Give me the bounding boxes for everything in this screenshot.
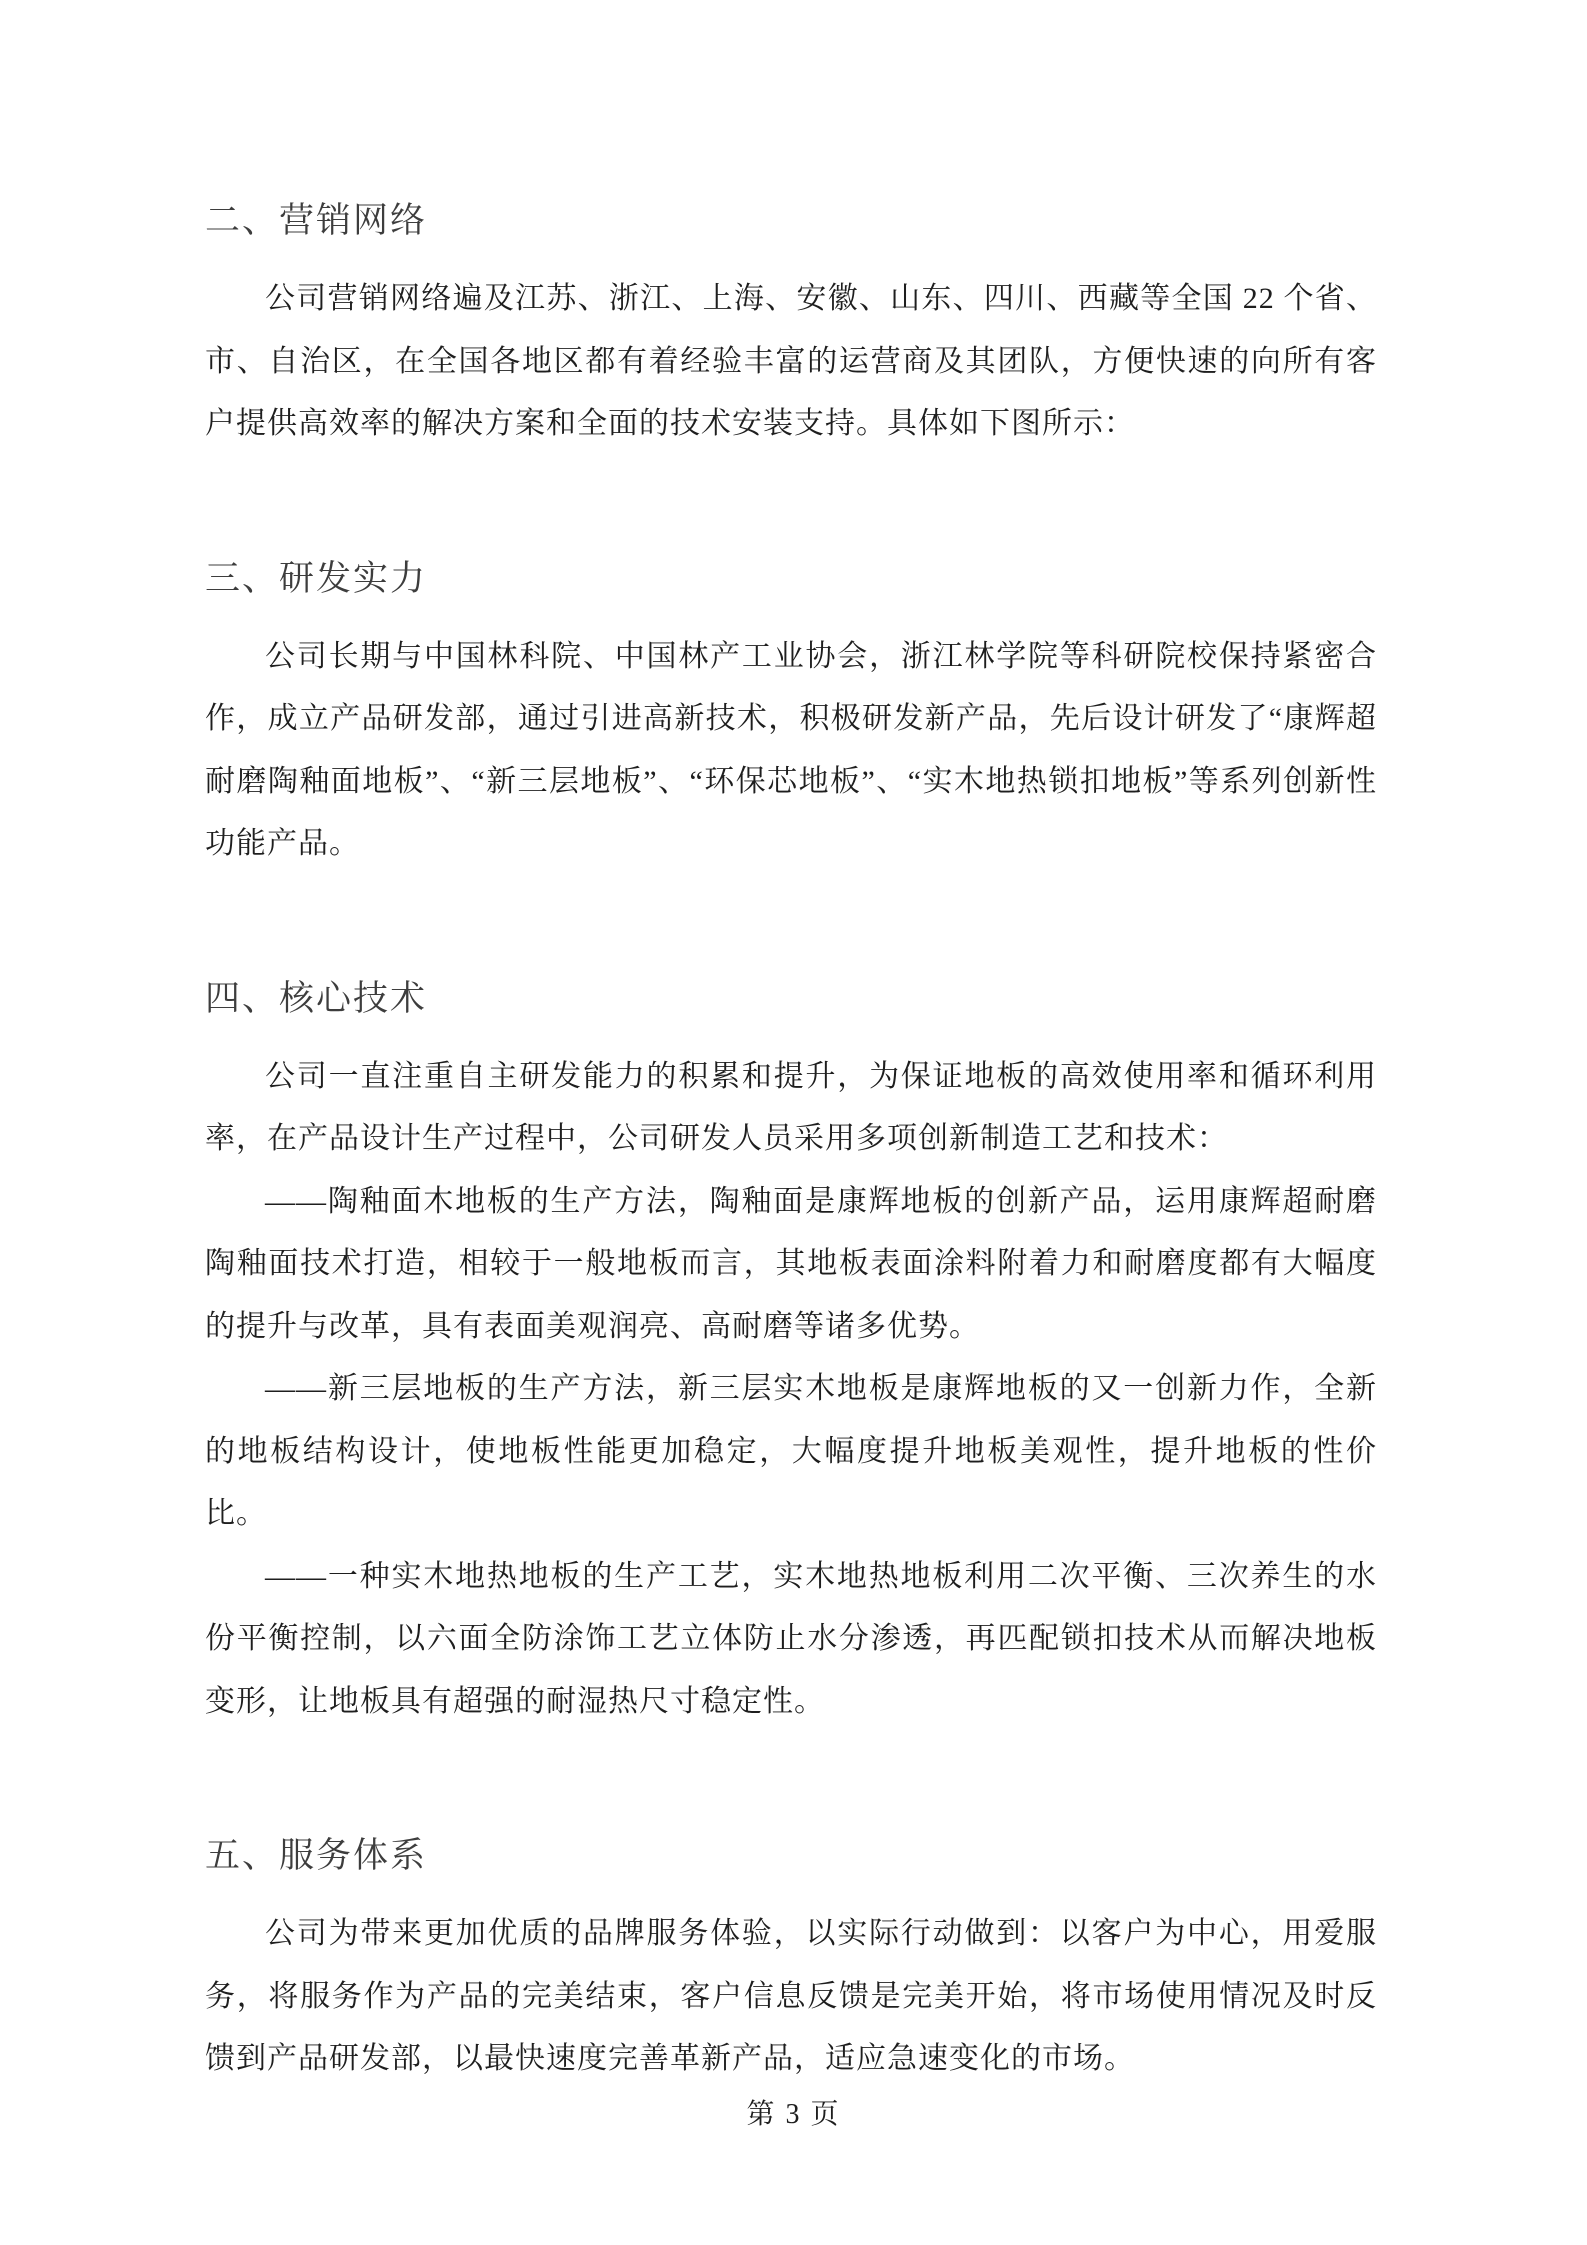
heading-marketing-network: 二、营销网络 [205, 198, 1377, 244]
paragraph-core-technology-2: ——陶釉面木地板的生产方法，陶釉面是康辉地板的创新产品，运用康辉超耐磨陶釉面技术… [205, 1171, 1377, 1359]
paragraph-core-technology-1: 公司一直注重自主研发能力的积累和提升，为保证地板的高效使用率和循环利用率，在产品… [205, 1046, 1377, 1171]
document-page: 二、营销网络 公司营销网络遍及江苏、浙江、上海、安徽、山东、四川、西藏等全国 2… [0, 0, 1587, 2245]
heading-service-system: 五、服务体系 [205, 1833, 1377, 1879]
section-marketing-network: 二、营销网络 公司营销网络遍及江苏、浙江、上海、安徽、山东、四川、西藏等全国 2… [205, 198, 1377, 456]
paragraph-marketing-network-1: 公司营销网络遍及江苏、浙江、上海、安徽、山东、四川、西藏等全国 22 个省、市、… [205, 268, 1377, 456]
document-content: 二、营销网络 公司营销网络遍及江苏、浙江、上海、安徽、山东、四川、西藏等全国 2… [205, 198, 1377, 2091]
paragraph-core-technology-3: ——新三层地板的生产方法，新三层实木地板是康辉地板的又一创新力作，全新的地板结构… [205, 1358, 1377, 1546]
paragraph-service-system-1: 公司为带来更加优质的品牌服务体验，以实际行动做到：以客户为中心，用爱服务，将服务… [205, 1903, 1377, 2091]
paragraph-rd-strength-1: 公司长期与中国林科院、中国林产工业协会，浙江林学院等科研院校保持紧密合作，成立产… [205, 626, 1377, 876]
heading-core-technology: 四、核心技术 [205, 976, 1377, 1022]
section-core-technology: 四、核心技术 公司一直注重自主研发能力的积累和提升，为保证地板的高效使用率和循环… [205, 976, 1377, 1734]
paragraph-core-technology-4: ——一种实木地热地板的生产工艺，实木地热地板利用二次平衡、三次养生的水份平衡控制… [205, 1546, 1377, 1734]
section-rd-strength: 三、研发实力 公司长期与中国林科院、中国林产工业协会，浙江林学院等科研院校保持紧… [205, 556, 1377, 876]
section-service-system: 五、服务体系 公司为带来更加优质的品牌服务体验，以实际行动做到：以客户为中心，用… [205, 1833, 1377, 2091]
page-number-footer: 第 3 页 [0, 2092, 1587, 2132]
heading-rd-strength: 三、研发实力 [205, 556, 1377, 602]
